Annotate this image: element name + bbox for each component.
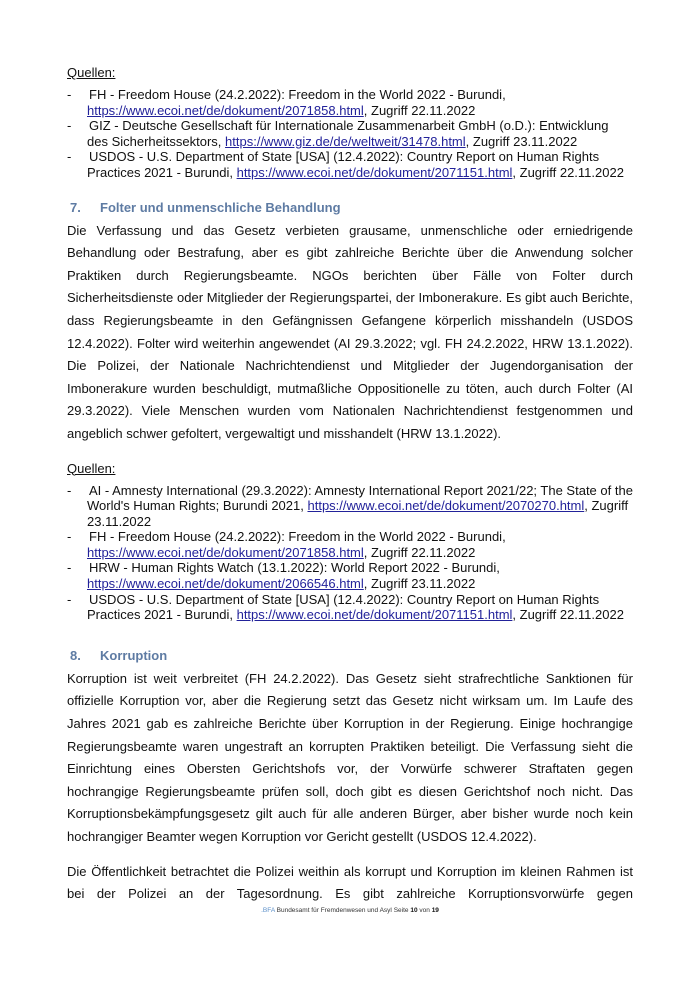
footer-page-total: 19 — [432, 907, 439, 914]
sources-label: Quellen: — [67, 64, 633, 81]
source-item: -HRW - Human Rights Watch (13.1.2022): W… — [67, 560, 633, 591]
source-link[interactable]: https://www.ecoi.net/de/dokument/2070270… — [307, 498, 584, 513]
source-link[interactable]: https://www.ecoi.net/de/dokument/2071858… — [87, 103, 364, 118]
source-item: -USDOS - U.S. Department of State [USA] … — [67, 592, 633, 623]
section-7: 7.Folter und unmenschliche Behandlung Di… — [67, 199, 633, 623]
sources-list: -AI - Amnesty International (29.3.2022):… — [67, 483, 633, 623]
source-link[interactable]: https://www.ecoi.net/de/dokument/2071151… — [237, 607, 513, 622]
section-paragraph: Die Verfassung und das Gesetz verbieten … — [67, 220, 633, 446]
sources-label: Quellen: — [67, 460, 633, 477]
document-page: Quellen: -FH - Freedom House (24.2.2022)… — [67, 64, 633, 906]
bfa-logo: .BFA — [261, 907, 275, 914]
source-link[interactable]: https://www.ecoi.net/de/dokument/2071151… — [237, 165, 513, 180]
source-link[interactable]: https://www.giz.de/de/weltweit/31478.htm… — [225, 134, 466, 149]
sources-block-1: Quellen: -FH - Freedom House (24.2.2022)… — [67, 64, 633, 181]
footer-page-label: Seite — [394, 907, 409, 914]
source-item: -AI - Amnesty International (29.3.2022):… — [67, 483, 633, 530]
section-heading: 7.Folter und unmenschliche Behandlung — [67, 199, 633, 216]
source-item: -GIZ - Deutsche Gesellschaft für Interna… — [67, 118, 633, 149]
section-8: 8.Korruption Korruption ist weit verbrei… — [67, 647, 633, 906]
section-heading: 8.Korruption — [67, 647, 633, 664]
footer-org: Bundesamt für Fremdenwesen und Asyl — [277, 907, 392, 914]
source-link[interactable]: https://www.ecoi.net/de/dokument/2071858… — [87, 545, 364, 560]
footer-of-label: von — [419, 907, 429, 914]
sources-list: -FH - Freedom House (24.2.2022): Freedom… — [67, 87, 633, 181]
footer-page-current: 10 — [410, 907, 417, 914]
source-item: -FH - Freedom House (24.2.2022): Freedom… — [67, 529, 633, 560]
source-link[interactable]: https://www.ecoi.net/de/dokument/2066546… — [87, 576, 364, 591]
page-footer: .BFA Bundesamt für Fremdenwesen und Asyl… — [0, 907, 700, 914]
source-item: -USDOS - U.S. Department of State [USA] … — [67, 149, 633, 180]
section-paragraph: Die Öffentlichkeit betrachtet die Polize… — [67, 861, 633, 906]
sources-block-2: Quellen: -AI - Amnesty International (29… — [67, 460, 633, 623]
source-item: -FH - Freedom House (24.2.2022): Freedom… — [67, 87, 633, 118]
section-paragraph: Korruption ist weit verbreitet (FH 24.2.… — [67, 668, 633, 849]
